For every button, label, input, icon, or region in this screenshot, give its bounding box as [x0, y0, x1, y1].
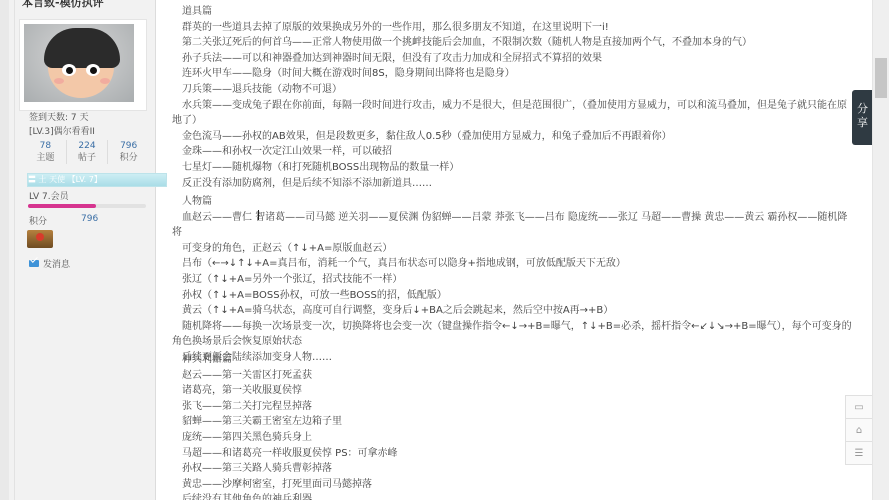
stat-posts-count: 224 [67, 140, 108, 152]
stat-posts-label: 帖子 [67, 152, 108, 164]
post-line: 水兵策——变成兔子跟在你前面，每隔一段时间进行攻击，威力不是很大，但是范围很广，… [172, 98, 854, 129]
send-message-label: 发消息 [43, 257, 70, 270]
home-button[interactable]: ⌂ [845, 418, 873, 441]
post-line: 刀兵策——退兵技能（动物不可退） [172, 82, 854, 98]
sign-days: 签到天数: 7 天 [29, 110, 88, 123]
stat-posts[interactable]: 224 帖子 [67, 140, 109, 164]
avatar-cheek-right [100, 78, 110, 84]
user-stats: 78 主题 224 帖子 796 积分 [25, 140, 149, 164]
scrollbar-thumb[interactable] [875, 58, 887, 98]
mail-icon [29, 260, 39, 267]
stat-topics[interactable]: 78 主题 [25, 140, 67, 164]
post-line: 金珠——和孙权一次定江山效果一样，可以破招 [172, 144, 854, 160]
medal-bar: 〓 土 天使 【LV. 7】 [27, 173, 167, 187]
post-line: 连环火甲车——隐身（时间大概在游戏时间8S，隐身期间出降将也是隐身） [172, 66, 854, 82]
post-line: 群英的一些道具去掉了原版的效果换成另外的一些作用，那么很多朋友不知道，在这里说明… [172, 20, 854, 36]
post-line: 第二关张辽死后的何首乌——正常人物使用做一个挑衅技能后会加血，不限制次数（随机人… [172, 35, 854, 51]
level-progress [28, 204, 146, 208]
post-line: 张辽（↑↓+A=另外一个张辽，招式技能不一样） [172, 272, 854, 288]
post-line: 貂蝉——第三关霸王密室左边箱子里 [172, 414, 854, 430]
stat-topics-label: 主题 [25, 152, 66, 164]
post-line: 随机降将——每换一次场景变一次，切换降将也会变一次（键盘操作指令←↓→+B=曝气… [172, 319, 854, 350]
share-label: 分享 [857, 102, 868, 130]
home-icon: ⌂ [856, 425, 862, 436]
level-progress-fill [28, 204, 96, 208]
text-cursor-icon [258, 210, 259, 220]
post-line: 孙权（↑↓+A=BOSS孙权，可放一些BOSS的招，低配版） [172, 288, 854, 304]
post-content: 道具篇 群英的一些道具去掉了原版的效果换成另外的一些作用，那么很多朋友不知道，在… [172, 0, 862, 500]
post-line: 血赵云——曹仁 智诸葛——司马懿 逆关羽——夏侯渊 伪貂蝉——吕蒙 莽张飞——吕… [172, 210, 854, 241]
avatar-cheek-left [54, 78, 64, 84]
user-rank[interactable]: [LV.3]偶尔看看II [29, 124, 95, 137]
share-button[interactable]: 分享 [852, 90, 873, 145]
stat-points[interactable]: 796 积分 [108, 140, 149, 164]
member-level: LV 7.会员 [29, 189, 69, 202]
post-line: 孙子兵法——可以和神器叠加达到神器时间无限，但没有了攻击力加成和全屏招式不算招的… [172, 51, 854, 67]
post-line: 吕布（←→↓↑↓+A=真吕布，消耗一个气，真吕布状态可以隐身+指地成钢，可放低配… [172, 256, 854, 272]
post-line: 七星灯——随机爆物（和打死随机BOSS出现物品的数量一样） [172, 160, 854, 176]
post-line: 可变身的角色，正赵云（↑↓+A=原版血赵云） [172, 241, 854, 257]
points-value: 796 [81, 214, 98, 224]
section-title: 道具篇 [172, 4, 854, 20]
stat-points-count: 796 [108, 140, 149, 152]
user-sidebar: 本言致-模仿执评 签到天数: 7 天 [LV.3]偶尔看看II 78 主题 22… [9, 0, 156, 500]
avatar-hair [44, 28, 120, 68]
post-line: 赵云——第一关雷区打死孟获 [172, 368, 854, 384]
stat-points-label: 积分 [108, 152, 149, 164]
post-line: 反正没有添加防腐剂，但是后续不知添不添加新道具…… [172, 176, 854, 192]
vertical-scrollbar[interactable] [872, 0, 889, 500]
medal-icon[interactable] [27, 230, 53, 248]
post-line: 诸葛亮，第一关收服夏侯惇 [172, 383, 854, 399]
list-icon: ☰ [855, 448, 864, 459]
floating-toolbar: ▭ ⌂ ☰ [845, 395, 873, 465]
username[interactable]: 本言致-模仿执评 [22, 0, 104, 10]
post-line: 黄忠——沙摩柯密室，打死里面司马懿掉落 [172, 477, 854, 493]
post-line: 金色流马——孙权的AB效果，但是段数更多，黏住敌人0.5秒（叠加使用方显威力，和… [172, 129, 854, 145]
post-line: 马超——和诸葛亮一样收服夏侯惇 PS：可拿赤峰 [172, 446, 854, 462]
points-label: 积分 [29, 214, 47, 227]
send-message-link[interactable]: 发消息 [29, 257, 70, 270]
post-line: 黄云（↑↓+A=骑乌状态，高度可自行调整，变身后↓+BA之后会跳起来，然后空中按… [172, 303, 854, 319]
section-items: 道具篇 群英的一些道具去掉了原版的效果换成另外的一些作用，那么很多朋友不知道，在… [172, 4, 854, 191]
post-line: 庞统——第四关黑色骑兵身上 [172, 430, 854, 446]
comment-button[interactable]: ▭ [845, 395, 873, 418]
list-button[interactable]: ☰ [845, 441, 873, 465]
avatar-image [24, 24, 134, 102]
post-line: 后续没有其他角色的神兵利器…… [172, 492, 854, 500]
section-characters: 人物篇 血赵云——曹仁 智诸葛——司马懿 逆关羽——夏侯渊 伪貂蝉——吕蒙 莽张… [172, 194, 854, 366]
avatar-eye-left [62, 64, 76, 76]
avatar[interactable] [19, 19, 147, 111]
comment-icon: ▭ [854, 402, 863, 413]
section-title: 人物篇 [172, 194, 854, 210]
post-line: 张飞——第二关打完程昱掉落 [172, 399, 854, 415]
stat-topics-count: 78 [25, 140, 66, 152]
section-weapons: 神兵利器篇 赵云——第一关雷区打死孟获 诸葛亮，第一关收服夏侯惇 张飞——第二关… [172, 352, 854, 500]
section-title: 神兵利器篇 [172, 352, 854, 368]
post-line: 孙权——第三关路人骑兵曹彰掉落 [172, 461, 854, 477]
avatar-eye-right [86, 64, 100, 76]
